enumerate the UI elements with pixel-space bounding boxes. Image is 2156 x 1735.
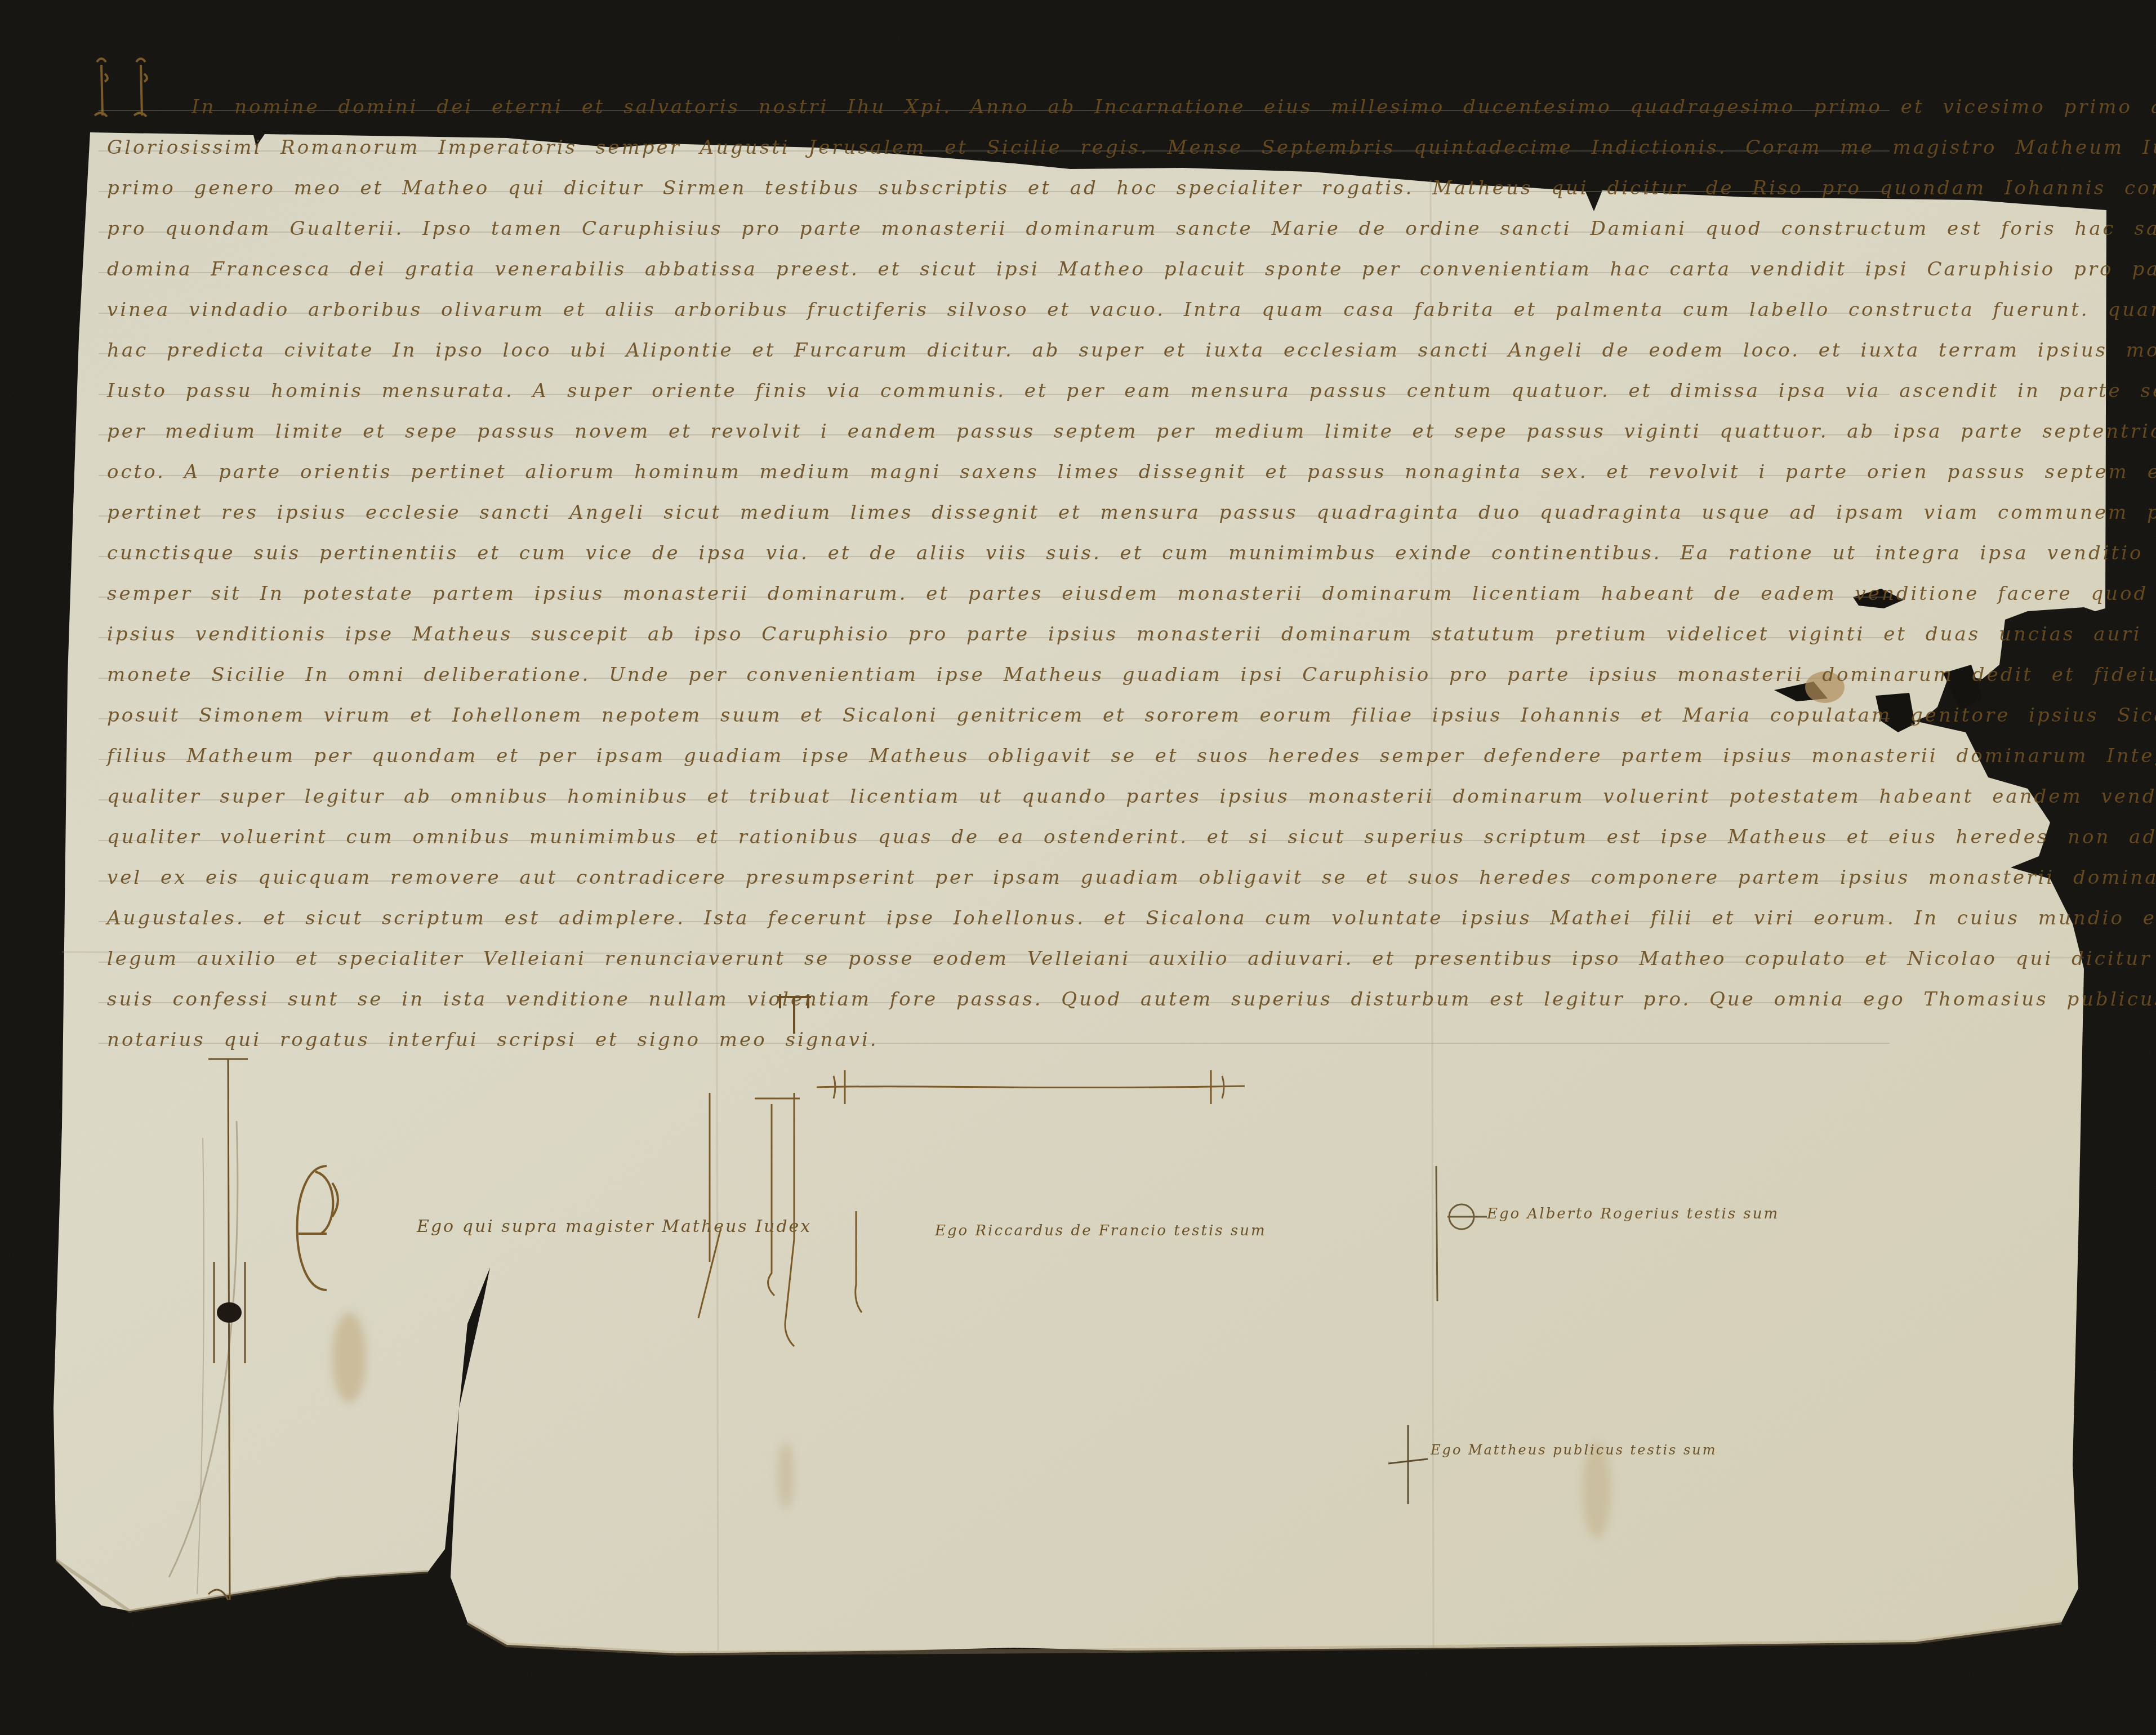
text-line: Iusto passu hominis mensurata. A super o…: [107, 380, 2156, 402]
text-line: domina Francesca dei gratia venerabilis …: [107, 258, 2156, 281]
text-line: posuit Simonem virum et Iohellonem nepot…: [107, 704, 2156, 727]
stain: [332, 1313, 366, 1403]
text-line: pro quondam Gualterii. Ipso tamen Caruph…: [107, 217, 2156, 240]
text-line: vel ex eis quicquam removere aut contrad…: [107, 866, 2156, 889]
text-line: primo genero meo et Matheo qui dicitur S…: [107, 177, 2156, 199]
notary-cross-icon: [197, 1048, 265, 1611]
text-line: pertinet res ipsius ecclesie sancti Ange…: [107, 501, 2156, 524]
text-line: In nomine domini dei eterni et salvatori…: [191, 96, 2156, 118]
subscription-witness: Ego Alberto Rogerius testis sum: [1487, 1205, 1779, 1222]
subscription-witness: Ego Mattheus publicus testis sum: [1431, 1442, 1717, 1458]
opening-monogram-icon: [90, 54, 175, 121]
text-line: filius Matheum per quondam et per ipsam …: [107, 745, 2156, 767]
stain: [777, 1442, 794, 1510]
text-line: octo. A parte orientis pertinet aliorum …: [107, 461, 2156, 483]
text-line: qualiter voluerint cum omnibus munimimbu…: [107, 826, 2156, 848]
text-line: monete Sicilie In omni deliberatione. Un…: [107, 664, 2156, 686]
text-line: ipsius venditionis ipse Matheus suscepit…: [107, 623, 2156, 646]
text-line: suis confessi sunt se in ista venditione…: [107, 988, 2156, 1011]
signature-flourishes: [665, 1082, 946, 1374]
text-line: vinea vindadio arboribus olivarum et ali…: [107, 299, 2156, 321]
witness-cross-icon: [1386, 1420, 1431, 1510]
parchment-document: In nomine domini dei eterni et salvatori…: [0, 0, 2156, 1735]
ego-monogram-icon: [276, 1155, 355, 1301]
text-line: Augustales. et sicut scriptum est adimpl…: [107, 907, 2156, 929]
text-line: hac predicta civitate In ipso loco ubi A…: [107, 339, 2156, 362]
witness-cross-icon: [1425, 1160, 1493, 1307]
text-line: cunctisque suis pertinentiis et cum vice…: [107, 542, 2156, 564]
text-line: semper sit In potestate partem ipsius mo…: [107, 582, 2156, 605]
text-line: legum auxilio et specialiter Velleiani r…: [107, 947, 2156, 970]
notarial-signum-icon: [772, 991, 817, 1036]
text-line: Gloriosissimi Romanorum Imperatoris semp…: [107, 136, 2156, 159]
text-line: qualiter super legitur ab omnibus homini…: [107, 785, 2156, 808]
text-line: per medium limite et sepe passus novem e…: [107, 420, 2156, 443]
subscription-witness: Ego Riccardus de Francio testis sum: [935, 1222, 1267, 1239]
